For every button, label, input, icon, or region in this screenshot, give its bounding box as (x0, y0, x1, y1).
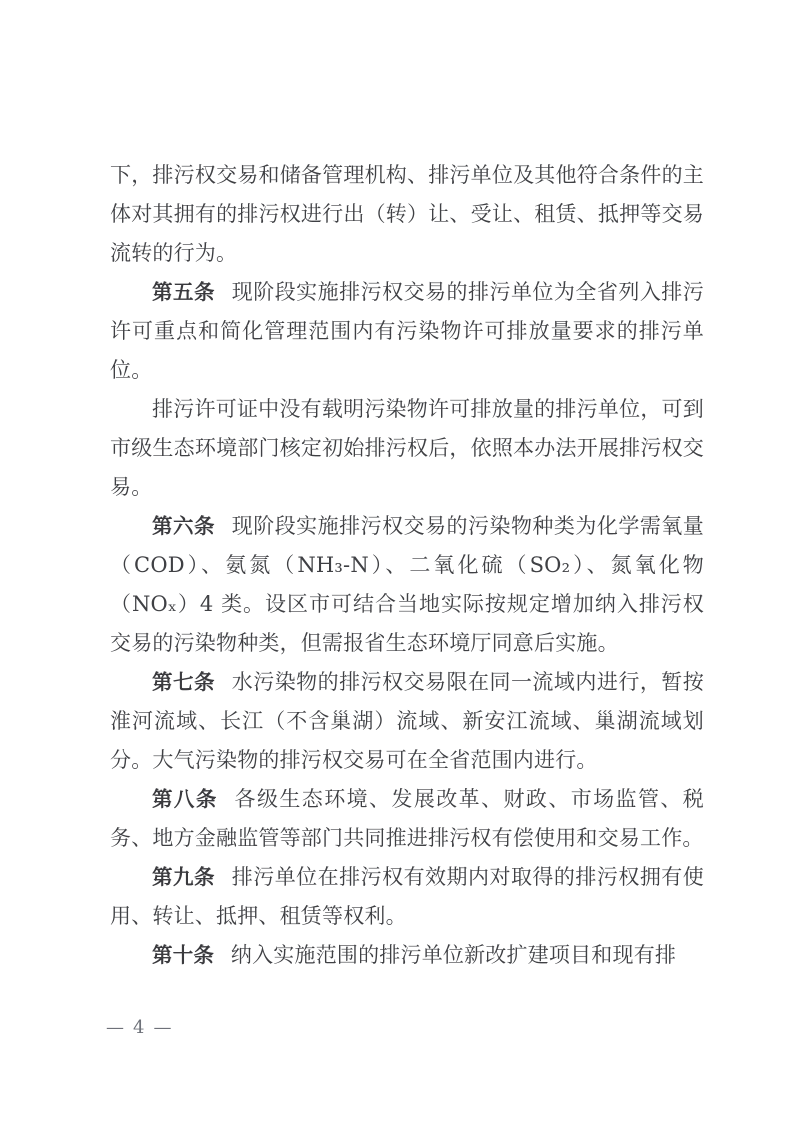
paragraph-article-5-sub: 排污许可证中没有载明污染物许可排放量的排污单位，可到市级生态环境部门核定初始排污… (110, 390, 704, 507)
paragraph-text: 下，排污权交易和储备管理机构、排污单位及其他符合条件的主体对其拥有的排污权进行出… (110, 163, 704, 265)
paragraph-article-9: 第九条排污单位在排污权有效期内对取得的排污权拥有使用、转让、抵押、租赁等权利。 (110, 858, 704, 936)
footer-right-dash: — (153, 1015, 171, 1041)
article-number: 第七条 (152, 670, 215, 694)
article-number: 第五条 (152, 280, 215, 304)
footer-left-dash: — (106, 1015, 124, 1041)
article-number: 第八条 (152, 787, 218, 811)
paragraph-continuation: 下，排污权交易和储备管理机构、排污单位及其他符合条件的主体对其拥有的排污权进行出… (110, 156, 704, 273)
paragraph-article-10: 第十条纳入实施范围的排污单位新改扩建项目和现有排 (110, 936, 704, 975)
paragraph-article-7: 第七条水污染物的排污权交易限在同一流域内进行，暂按淮河流域、长江（不含巢湖）流域… (110, 663, 704, 780)
document-body: 下，排污权交易和储备管理机构、排污单位及其他符合条件的主体对其拥有的排污权进行出… (110, 156, 704, 975)
article-number: 第六条 (152, 514, 215, 538)
paragraph-text: 排污许可证中没有载明污染物许可排放量的排污单位，可到市级生态环境部门核定初始排污… (110, 397, 704, 499)
paragraph-article-5: 第五条现阶段实施排污权交易的排污单位为全省列入排污许可重点和简化管理范围内有污染… (110, 273, 704, 390)
document-page: 下，排污权交易和储备管理机构、排污单位及其他符合条件的主体对其拥有的排污权进行出… (0, 0, 794, 1122)
page-footer: —4— (106, 1015, 171, 1041)
paragraph-article-6: 第六条现阶段实施排污权交易的污染物种类为化学需氧量（COD）、氨氮（NH₃-N）… (110, 507, 704, 663)
article-number: 第九条 (152, 865, 215, 889)
paragraph-text: 纳入实施范围的排污单位新改扩建项目和现有排 (231, 943, 676, 967)
article-number: 第十条 (152, 943, 214, 967)
paragraph-article-8: 第八条各级生态环境、发展改革、财政、市场监管、税务、地方金融监管等部门共同推进排… (110, 780, 704, 858)
page-number: 4 (133, 1015, 144, 1041)
